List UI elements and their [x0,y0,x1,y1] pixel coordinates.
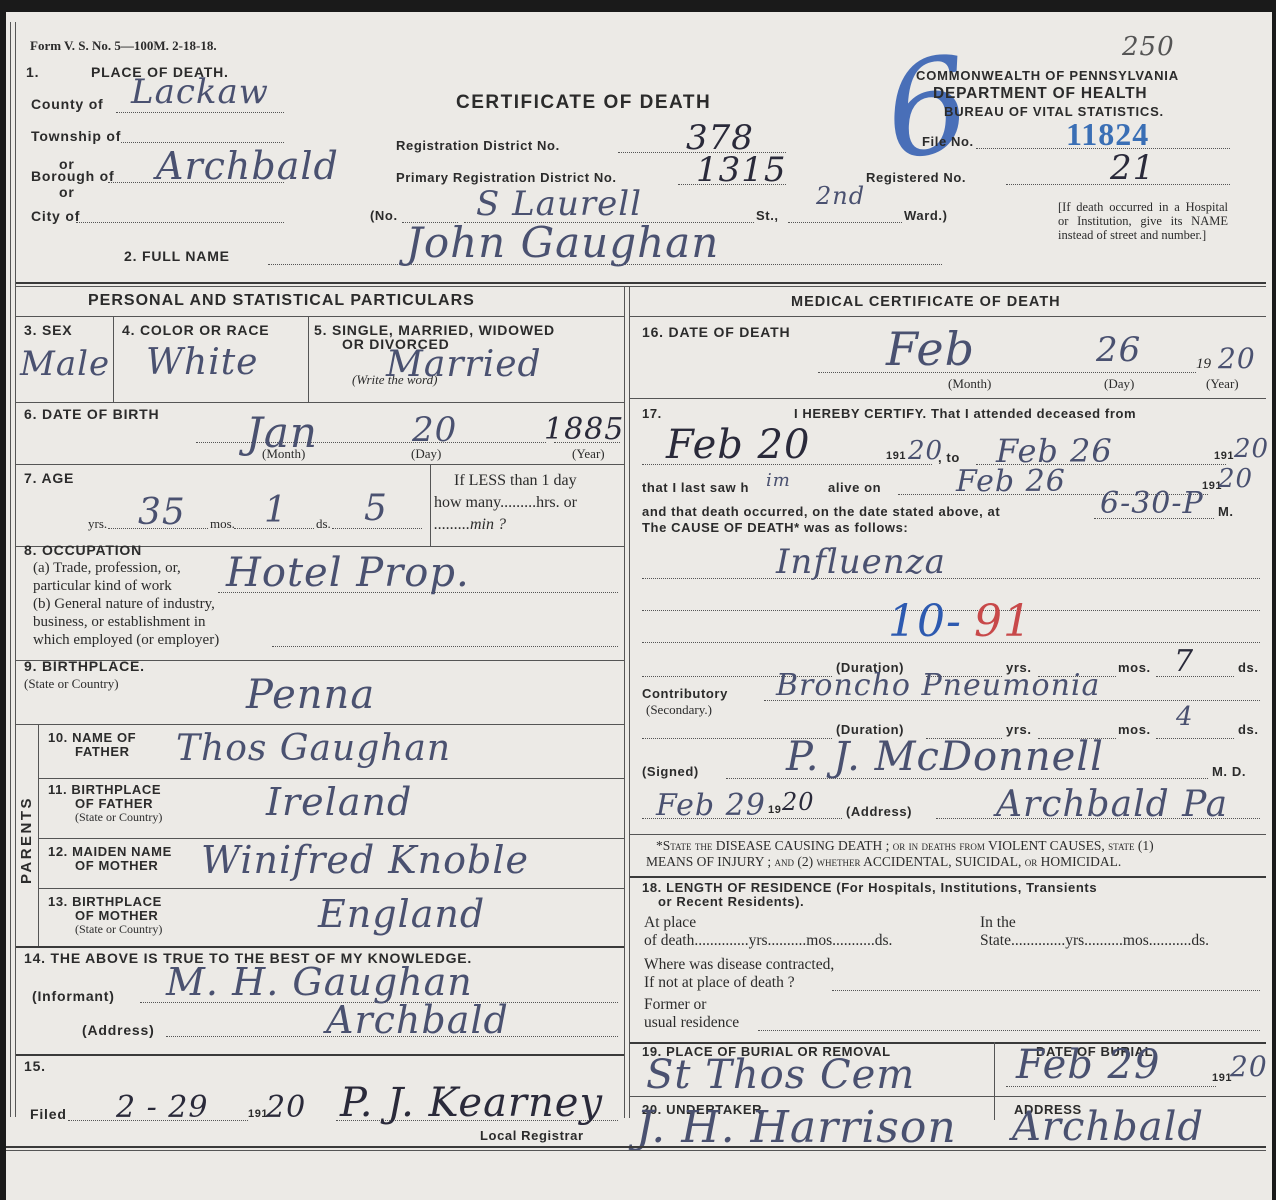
margin-rule [10,22,11,1117]
alive-on-label: alive on [828,480,881,495]
full-name-value[interactable]: John Gaughan [406,218,719,267]
dob-label: 6. DATE OF BIRTH [24,406,159,422]
dob-day[interactable]: 20 [412,410,457,450]
in-state-label: In the [980,914,1016,932]
year-caption: (Year) [572,446,605,462]
personal-section-title: PERSONAL AND STATISTICAL PARTICULARS [88,292,475,310]
age-months[interactable]: 1 [264,490,288,531]
contracted-label-2: If not at place of death ? [644,974,795,992]
sex-label: 3. SEX [24,322,72,338]
mother-birthplace-label: 13. BIRTHPLACE [48,894,162,909]
cause-code-blue: 10- [888,596,962,647]
informant-label: (Informant) [32,988,115,1004]
dob-year[interactable]: 1885 [544,412,624,447]
dod-year-prefix: 19 [1196,356,1211,373]
dod-month-caption: (Month) [948,376,991,392]
residence-label-2: or Recent Residents). [658,894,804,909]
informant-address-label: (Address) [82,1022,155,1038]
father-name-value[interactable]: Thos Gaughan [176,728,451,769]
registrar-label: Local Registrar [480,1128,584,1143]
informant-address-value[interactable]: Archbald [326,998,509,1042]
residence-label: 18. LENGTH OF RESIDENCE (For Hospitals, … [642,880,1097,895]
signed-date[interactable]: Feb 29 [656,788,766,823]
occupation-b-3: which employed (or employer) [33,632,219,649]
dod-year[interactable]: 20 [1218,342,1256,375]
birthplace-value[interactable]: Penna [246,672,375,718]
burial-date-value[interactable]: Feb 29 [1016,1042,1160,1088]
last-saw-date[interactable]: Feb 26 [956,464,1066,499]
county-label: County of [31,96,104,112]
last-saw-pronoun[interactable]: im [766,470,791,491]
signed-year[interactable]: 20 [782,788,815,816]
age-years[interactable]: 35 [138,492,186,533]
mother-maiden-label: 12. MAIDEN NAME [48,844,172,859]
race-value[interactable]: White [146,342,258,383]
physician-address-value[interactable]: Archbald Pa [996,784,1228,825]
dod-year-caption: (Year) [1206,376,1239,392]
full-name-label: 2. FULL NAME [124,248,230,264]
file-no-label: File No. [922,134,974,149]
former-residence-label: Former or [644,996,706,1014]
father-birthplace-label-2: OF FATHER [75,796,153,811]
father-name-label-2: FATHER [75,744,130,759]
contributory-ds-label: ds. [1238,722,1259,737]
sex-value[interactable]: Male [20,344,110,384]
signed-year-prefix: 19 [768,804,781,816]
age-days[interactable]: 5 [364,488,388,529]
cause-code-red: 91 [974,596,1032,647]
to-label: , to [938,450,960,465]
father-birthplace-value[interactable]: Ireland [266,780,412,824]
registered-no-value[interactable]: 21 [1110,148,1155,188]
at-place-fields: of death..............yrs..........mos..… [644,932,892,950]
st-label: St., [756,208,779,223]
former-residence-label-2: usual residence [644,1014,739,1032]
father-birthplace-hint: (State or Country) [75,810,162,825]
parents-vertical-label: PARENTS [18,796,35,884]
ward-label: Ward.) [904,208,948,223]
mother-birthplace-label-2: OF MOTHER [75,908,158,923]
day-caption: (Day) [411,446,441,462]
margin-rule [15,22,16,1117]
age-label: 7. AGE [24,470,74,486]
cause-value[interactable]: Influenza [776,542,946,582]
registrar-signature[interactable]: P. J. Kearney [340,1080,603,1126]
attended-to-year[interactable]: 20 [1234,434,1269,464]
mother-birthplace-hint: (State or Country) [75,922,162,937]
street-no-label: (No. [370,208,398,223]
in-state-fields: State..............yrs..........mos.....… [980,932,1209,950]
primary-district-label: Primary Registration District No. [396,170,617,185]
township-label: Township of [31,128,121,144]
occupation-label: 8. OCCUPATION [24,542,142,558]
cause-duration-days[interactable]: 7 [1174,644,1194,679]
footnote-line-1: *State the DISEASE CAUSING DEATH ; or in… [656,838,1154,854]
attended-to-year-prefix: 191 [1214,450,1234,462]
physician-address-label: (Address) [846,804,912,819]
registration-district-label: Registration District No. [396,138,560,153]
cause-label: The CAUSE OF DEATH* was as follows: [642,520,908,535]
certify-text: I HEREBY CERTIFY. That I attended deceas… [794,406,1136,421]
occupation-a-1: (a) Trade, profession, or, [33,560,181,577]
md-label: M. D. [1212,764,1246,779]
contributory-duration-days[interactable]: 4 [1176,702,1194,732]
death-time-label: and that death occurred, on the date sta… [642,504,1000,519]
occupation-b-1: (b) General nature of industry, [33,596,215,613]
footnote-line-2: MEANS OF INJURY ; and (2) whether ACCIDE… [646,854,1121,870]
certificate-title: CERTIFICATE OF DEATH [456,92,711,114]
agency-line-2: DEPARTMENT OF HEALTH [933,85,1147,103]
city-label: City of [31,208,80,224]
undertaker-address-value[interactable]: Archbald [1012,1104,1204,1150]
signed-label: (Signed) [642,764,699,779]
borough-value[interactable]: Archbald [156,144,339,188]
borough-label: Borough of [31,168,114,184]
father-birthplace-label: 11. BIRTHPLACE [48,782,161,797]
filed-label: Filed [30,1106,67,1122]
m-label: M. [1218,504,1234,519]
dod-day[interactable]: 26 [1096,330,1141,370]
cause-mos-label: mos. [1118,660,1151,675]
place-of-death-number: 1. [26,64,39,80]
medical-section-title: MEDICAL CERTIFICATE OF DEATH [791,294,1061,310]
burial-year[interactable]: 20 [1230,1050,1268,1083]
ward-value[interactable]: 2nd [816,182,865,210]
age-ds-caption: ds. [316,516,331,532]
mother-maiden-label-2: OF MOTHER [75,858,158,873]
filed-date[interactable]: 2 - 29 [116,1090,208,1125]
mother-maiden-value[interactable]: Winifred Knoble [201,838,529,882]
hospital-note: [If death occurred in a Hospital or Inst… [1058,200,1228,242]
death-certificate-page: Form V. S. No. 5—100M. 2-18-18. 250 1. P… [6,12,1272,1200]
dod-label: 16. DATE OF DEATH [642,324,790,340]
physician-signature[interactable]: P. J. McDonnell [786,734,1104,780]
father-name-label: 10. NAME OF [48,730,136,745]
at-place-label: At place [644,914,696,932]
archive-number: 250 [1122,32,1175,62]
filed-section-number: 15. [24,1058,46,1074]
last-saw-label: that I last saw h [642,480,749,495]
less-than-day-2: how many.........hrs. or [434,494,577,512]
birthplace-label: 9. BIRTHPLACE. [24,658,145,674]
attended-from-date[interactable]: Feb 20 [666,422,810,468]
burial-place-value[interactable]: St Thos Cem [646,1052,915,1098]
contributory-mos-label: mos. [1118,722,1151,737]
registered-no-label: Registered No. [866,170,966,185]
contributory-label: Contributory [642,686,728,701]
mother-birthplace-value[interactable]: England [318,892,485,936]
contracted-label: Where was disease contracted, [644,956,834,974]
or-label: or [59,184,75,200]
month-caption: (Month) [262,446,305,462]
agency-line-1: COMMONWEALTH OF PENNSYLVANIA [916,68,1179,83]
marital-value[interactable]: Married [386,344,542,385]
dod-day-caption: (Day) [1104,376,1134,392]
filed-year[interactable]: 20 [266,1090,306,1125]
occupation-a-2: particular kind of work [33,578,172,595]
birthplace-hint: (State or Country) [24,676,119,692]
less-than-day-1: If LESS than 1 day [454,472,577,490]
attended-from-year-prefix: 191 [886,450,906,462]
primary-district-value[interactable]: 1315 [696,150,787,190]
dod-month[interactable]: Feb [886,322,975,376]
death-time-value[interactable]: 6-30-P [1100,486,1204,521]
age-yrs-caption: yrs. [88,516,107,532]
form-id: Form V. S. No. 5—100M. 2-18-18. [30,38,217,54]
less-than-day-3: .........min ? [434,516,506,534]
contributory-hint: (Secondary.) [646,702,712,718]
occupation-value[interactable]: Hotel Prop. [226,550,470,596]
last-saw-year[interactable]: 20 [1218,464,1253,494]
occupation-b-2: business, or establishment in [33,614,206,631]
certify-number: 17. [642,406,662,421]
county-value[interactable]: Lackaw [131,72,269,112]
cause-ds-label: ds. [1238,660,1259,675]
race-label: 4. COLOR OR RACE [122,322,269,338]
contributory-value[interactable]: Broncho Pneumonia [776,668,1100,703]
age-mos-caption: mos. [210,516,235,532]
